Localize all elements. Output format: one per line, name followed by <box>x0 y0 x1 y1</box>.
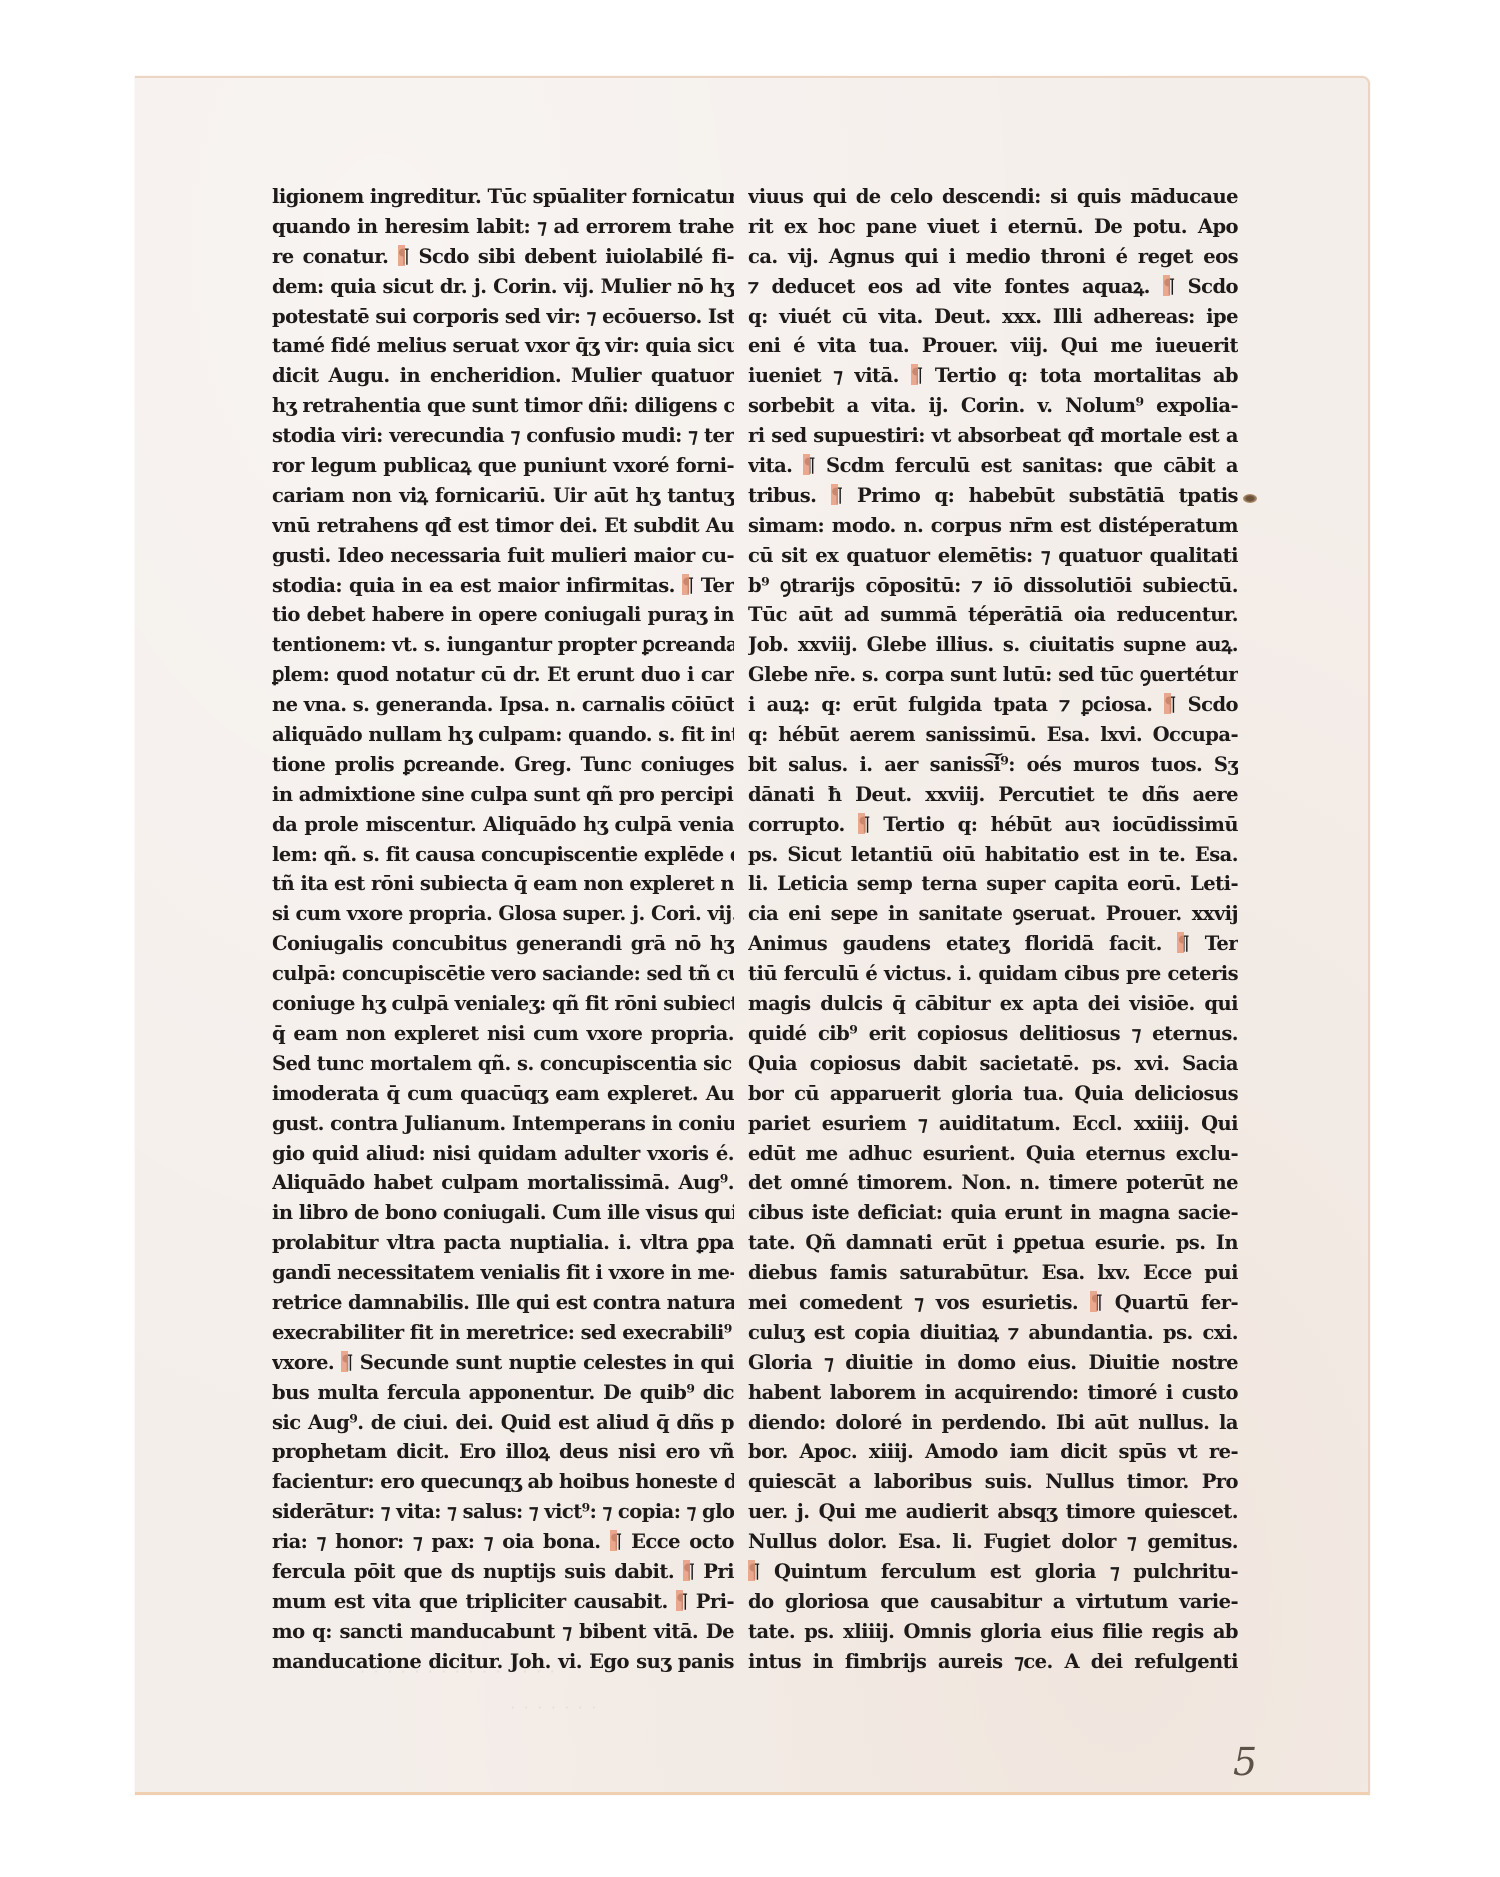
text-line: mum est vita que tripliciter causabit. ¶… <box>272 1587 734 1617</box>
offset-ghost-text: · · · · · · · · · · · · · · ·· · · · · ·… <box>360 1654 720 1726</box>
text-line: potestatē sui corporis sed vir: ⁊ ecōuer… <box>272 302 734 332</box>
text-line: coniuge hʒ culpā venialeʒ: qñ fit rōni s… <box>272 989 734 1019</box>
text-line: prophetam dicit. Ero illoꝝ deus nisi ero… <box>272 1437 734 1467</box>
text-line: Sed tunc mortalem qñ. s. concupiscentia … <box>272 1049 734 1079</box>
text-line: tio debet habere in opere coniugali pura… <box>272 600 734 630</box>
text-line: iueniet ⁊ vitā. ¶ Tertio q: tota mortali… <box>748 361 1238 391</box>
text-line: ⁊ deducet eos ad vite fontes aquaꝝ. ¶ Sc… <box>748 272 1238 302</box>
text-line: li. Leticia semp terna super capita eorū… <box>748 869 1238 899</box>
text-line: mo q: sancti manducabunt ⁊ bibent vitā. … <box>272 1617 734 1647</box>
text-line: Aliquādo habet culpam mortalissimā. Aug⁹… <box>272 1168 734 1198</box>
rubrication-mark <box>911 364 918 385</box>
text-line: facientur: ero quecunqʒ ab hoibus honest… <box>272 1467 734 1497</box>
text-line: bor. Apoc. xiiij. Amodo iam dicit spūs v… <box>748 1437 1238 1467</box>
text-line: culpā: concupiscētie vero saciande: sed … <box>272 959 734 989</box>
text-line: mei comedent ⁊ vos esurietis. ¶ Quartū f… <box>748 1288 1238 1318</box>
manuscript-leaf: ligionem ingreditur. Tūc spūaliter forni… <box>135 76 1370 1795</box>
text-line: ne vna. s. generanda. Ipsa. n. carnalis … <box>272 690 734 720</box>
rubrication-mark <box>803 454 810 475</box>
text-line: sorbebit a vita. ij. Corin. v. Nolum⁹ ex… <box>748 391 1238 421</box>
rubrication-mark <box>1164 693 1171 714</box>
text-line: Job. xxviij. Glebe illius. s. ciuitatis … <box>748 630 1238 660</box>
text-line: Quia copiosus dabit sacietatē. ps. xvi. … <box>748 1049 1238 1079</box>
text-line: hʒ retrahentia que sunt timor dñi: dilig… <box>272 391 734 421</box>
text-line: habent laborem in acquirendo: timoré i c… <box>748 1378 1238 1408</box>
text-line: dem: quia sicut dr. j. Corin. vij. Mulie… <box>272 272 734 302</box>
text-line: da prole miscentur. Aliquādo hʒ culpā ve… <box>272 810 734 840</box>
text-line: ria: ⁊ honor: ⁊ pax: ⁊ oia bona. ¶ Ecce … <box>272 1527 734 1557</box>
rubrication-mark <box>683 1560 690 1581</box>
text-line: tate. Qñ damnati erūt i ꝑpetua esurie. p… <box>748 1228 1238 1258</box>
text-line: magis dulcis q̄ cābitur ex apta dei visi… <box>748 989 1238 1019</box>
text-line: det omné timorem. Non. n. timere poterūt… <box>748 1168 1238 1198</box>
text-line: ri sed supuestiri: vt absorbeat qđ morta… <box>748 421 1238 451</box>
text-line: bor cū apparuerit gloria tua. Quia delic… <box>748 1079 1238 1109</box>
text-column-right: viuus qui de celo descendi: si quis mādu… <box>748 182 1238 1677</box>
text-line: Animus gaudens etateʒ floridā facit. ¶ T… <box>748 929 1238 959</box>
text-line: cia eni sepe in sanitate ꝯseruat. Prouer… <box>748 899 1238 929</box>
ghost-line: · · · · · · · <box>510 1690 720 1726</box>
text-line: do gloriosa que causabitur a virtutum va… <box>748 1587 1238 1617</box>
text-line: fercula pōit que ds nuptijs suis dabit. … <box>272 1557 734 1587</box>
rubrication-mark <box>341 1351 348 1372</box>
text-line: eni é vita tua. Prouer. viij. Qui me iue… <box>748 331 1238 361</box>
text-line: ꝑlem: quod notatur cū dr. Et erunt duo i… <box>272 660 734 690</box>
text-line: tñ ita est rōni subiecta q̄ eam non expl… <box>272 869 734 899</box>
text-line: quiescāt a laboribus suis. Nullus timor.… <box>748 1467 1238 1497</box>
text-line: in libro de bono coniugali. Cum ille vis… <box>272 1198 734 1228</box>
text-line: b⁹ ꝯtrarijs cōpositū: ⁊ iō dissolutiōi s… <box>748 571 1238 601</box>
text-line: tamé fidé melius seruat vxor q̄ʒ vir: qu… <box>272 331 734 361</box>
rubrication-mark <box>1090 1291 1097 1312</box>
text-line: ¶ Quintum ferculum est gloria ⁊ pulchrit… <box>748 1557 1238 1587</box>
text-line: quando in heresim labit: ⁊ ad errorem tr… <box>272 212 734 242</box>
text-line: diebus famis saturabūtur. Esa. lxv. Ecce… <box>748 1258 1238 1288</box>
text-line: gusti. Ideo necessaria fuit mulieri maio… <box>272 541 734 571</box>
text-line: vxore. ¶ Secunde sunt nuptie celestes in… <box>272 1348 734 1378</box>
text-line: intus in fimbrijs aureis ⁊ce. A dei refu… <box>748 1647 1238 1677</box>
text-line: bit salus. i. aer saniss͠i⁹: oés muros t… <box>748 750 1238 780</box>
text-line: pariet esuriem ⁊ auiditatum. Eccl. xxiii… <box>748 1109 1238 1139</box>
text-line: tiū ferculū é victus. i. quidam cibus pr… <box>748 959 1238 989</box>
text-line: dicit Augu. in encheridion. Mulier quatu… <box>272 361 734 391</box>
text-line: viuus qui de celo descendi: si quis mādu… <box>748 182 1238 212</box>
rubrication-mark <box>1177 932 1184 953</box>
text-line: prolabitur vltra pacta nuptialia. i. vlt… <box>272 1228 734 1258</box>
text-line: stodia viri: verecundia ⁊ confusio mudi:… <box>272 421 734 451</box>
text-line: rit ex hoc pane viuet i eternū. De potu.… <box>748 212 1238 242</box>
text-column-left: ligionem ingreditur. Tūc spūaliter forni… <box>272 182 734 1677</box>
text-line: aliquādo nullam hʒ culpam: quando. s. fi… <box>272 720 734 750</box>
text-line: Coniugalis concubitus generandi grā nō h… <box>272 929 734 959</box>
wormhole-mark <box>1243 494 1257 503</box>
text-line: in admixtione sine culpa sunt qñ pro per… <box>272 780 734 810</box>
rubrication-mark <box>858 813 865 834</box>
text-line: culuʒ est copia diuitiaꝝ ⁊ abundantia. p… <box>748 1318 1238 1348</box>
text-line: cibus iste deficiat: quia erunt in magna… <box>748 1198 1238 1228</box>
text-line: imoderata q̄ cum quacūqʒ eam expleret. A… <box>272 1079 734 1109</box>
rubrication-mark <box>748 1560 755 1581</box>
rubrication-mark <box>398 245 405 266</box>
text-line: tione prolis ꝑcreande. Greg. Tunc coniug… <box>272 750 734 780</box>
text-line: Nullus dolor. Esa. li. Fugiet dolor ⁊ ge… <box>748 1527 1238 1557</box>
text-line: tentionem: vt. s. iungantur propter ꝑcre… <box>272 630 734 660</box>
text-line: Tūc aūt ad summā téperātiā oia reducentu… <box>748 600 1238 630</box>
rubrication-mark <box>682 574 689 595</box>
text-line: gio quid aliud: nisi quidam adulter vxor… <box>272 1139 734 1169</box>
text-line: cū sit ex quatuor elemētis: ⁊ quatuor qu… <box>748 541 1238 571</box>
text-line: q: viuét cū vita. Deut. xxx. Illi adhere… <box>748 302 1238 332</box>
rubrication-mark <box>831 484 838 505</box>
text-line: simam: modo. n. corpus nr̄m est distéper… <box>748 511 1238 541</box>
rubrication-mark <box>676 1590 683 1611</box>
text-line: re conatur. ¶ Scdo sibi debent iuiolabil… <box>272 242 734 272</box>
text-line: stodia: quia in ea est maior infirmitas.… <box>272 571 734 601</box>
text-line: Glebe nr̄e. s. corpa sunt lutū: sed tūc … <box>748 660 1238 690</box>
text-line: ligionem ingreditur. Tūc spūaliter forni… <box>272 182 734 212</box>
rubrication-mark <box>1163 275 1170 296</box>
text-line: quidé cib⁹ erit copiosus delitiosus ⁊ et… <box>748 1019 1238 1049</box>
text-line: q: hébūt aerem sanissimū. Esa. lxvi. Occ… <box>748 720 1238 750</box>
text-line: sic Aug⁹. de ciui. dei. Quid est aliud q… <box>272 1408 734 1438</box>
text-line: cariam non viꝝ fornicariū. Uir aūt hʒ ta… <box>272 481 734 511</box>
text-line: Gloria ⁊ diuitie in domo eius. Diuitie n… <box>748 1348 1238 1378</box>
text-line: vita. ¶ Scdm ferculū est sanitas: que cā… <box>748 451 1238 481</box>
text-line: gust. contra Julianum. Intemperans in co… <box>272 1109 734 1139</box>
folio-number: 5 <box>1233 1740 1257 1784</box>
text-line: tribus. ¶ Primo q: habebūt substātiā tpa… <box>748 481 1238 511</box>
text-line: lem: qñ. s. fit causa concupiscentie exp… <box>272 840 734 870</box>
text-line: diendo: doloré in perdendo. Ibi aūt null… <box>748 1408 1238 1438</box>
text-line: corrupto. ¶ Tertio q: hébūt auꝛ iocūdiss… <box>748 810 1238 840</box>
text-line: tate. ps. xliiij. Omnis gloria eius fili… <box>748 1617 1238 1647</box>
text-line: execrabiliter fit in meretrice: sed exec… <box>272 1318 734 1348</box>
text-line: q̄ eam non expleret nisi cum vxore propr… <box>272 1019 734 1049</box>
text-line: ror legum publicaꝝ que puniunt vxoré for… <box>272 451 734 481</box>
text-line: ps. Sicut letantiū oiū habitatio est in … <box>748 840 1238 870</box>
text-line: uer. j. Qui me audierit absqʒ timore qui… <box>748 1497 1238 1527</box>
text-line: si cum vxore propria. Glosa super. j. Co… <box>272 899 734 929</box>
text-line: vnū retrahens qđ est timor dei. Et subdi… <box>272 511 734 541</box>
text-line: gandī necessitatem venialis fit i vxore … <box>272 1258 734 1288</box>
text-line: dānati ħ Deut. xxviij. Percutiet te dñs … <box>748 780 1238 810</box>
text-line: bus multa fercula apponentur. De quib⁹ d… <box>272 1378 734 1408</box>
text-line: edūt me adhuc esurient. Quia eternus exc… <box>748 1139 1238 1169</box>
text-line: ca. vij. Agnus qui i medio throni é rege… <box>748 242 1238 272</box>
text-line: i auꝝ: q: erūt fulgida tpata ⁊ ꝑciosa. ¶… <box>748 690 1238 720</box>
rubrication-mark <box>610 1530 617 1551</box>
text-line: retrice damnabilis. Ille qui est contra … <box>272 1288 734 1318</box>
ghost-line: · · · · · · · · · · · · · · · <box>360 1654 720 1690</box>
text-line: siderātur: ⁊ vita: ⁊ salus: ⁊ vict⁹: ⁊ c… <box>272 1497 734 1527</box>
